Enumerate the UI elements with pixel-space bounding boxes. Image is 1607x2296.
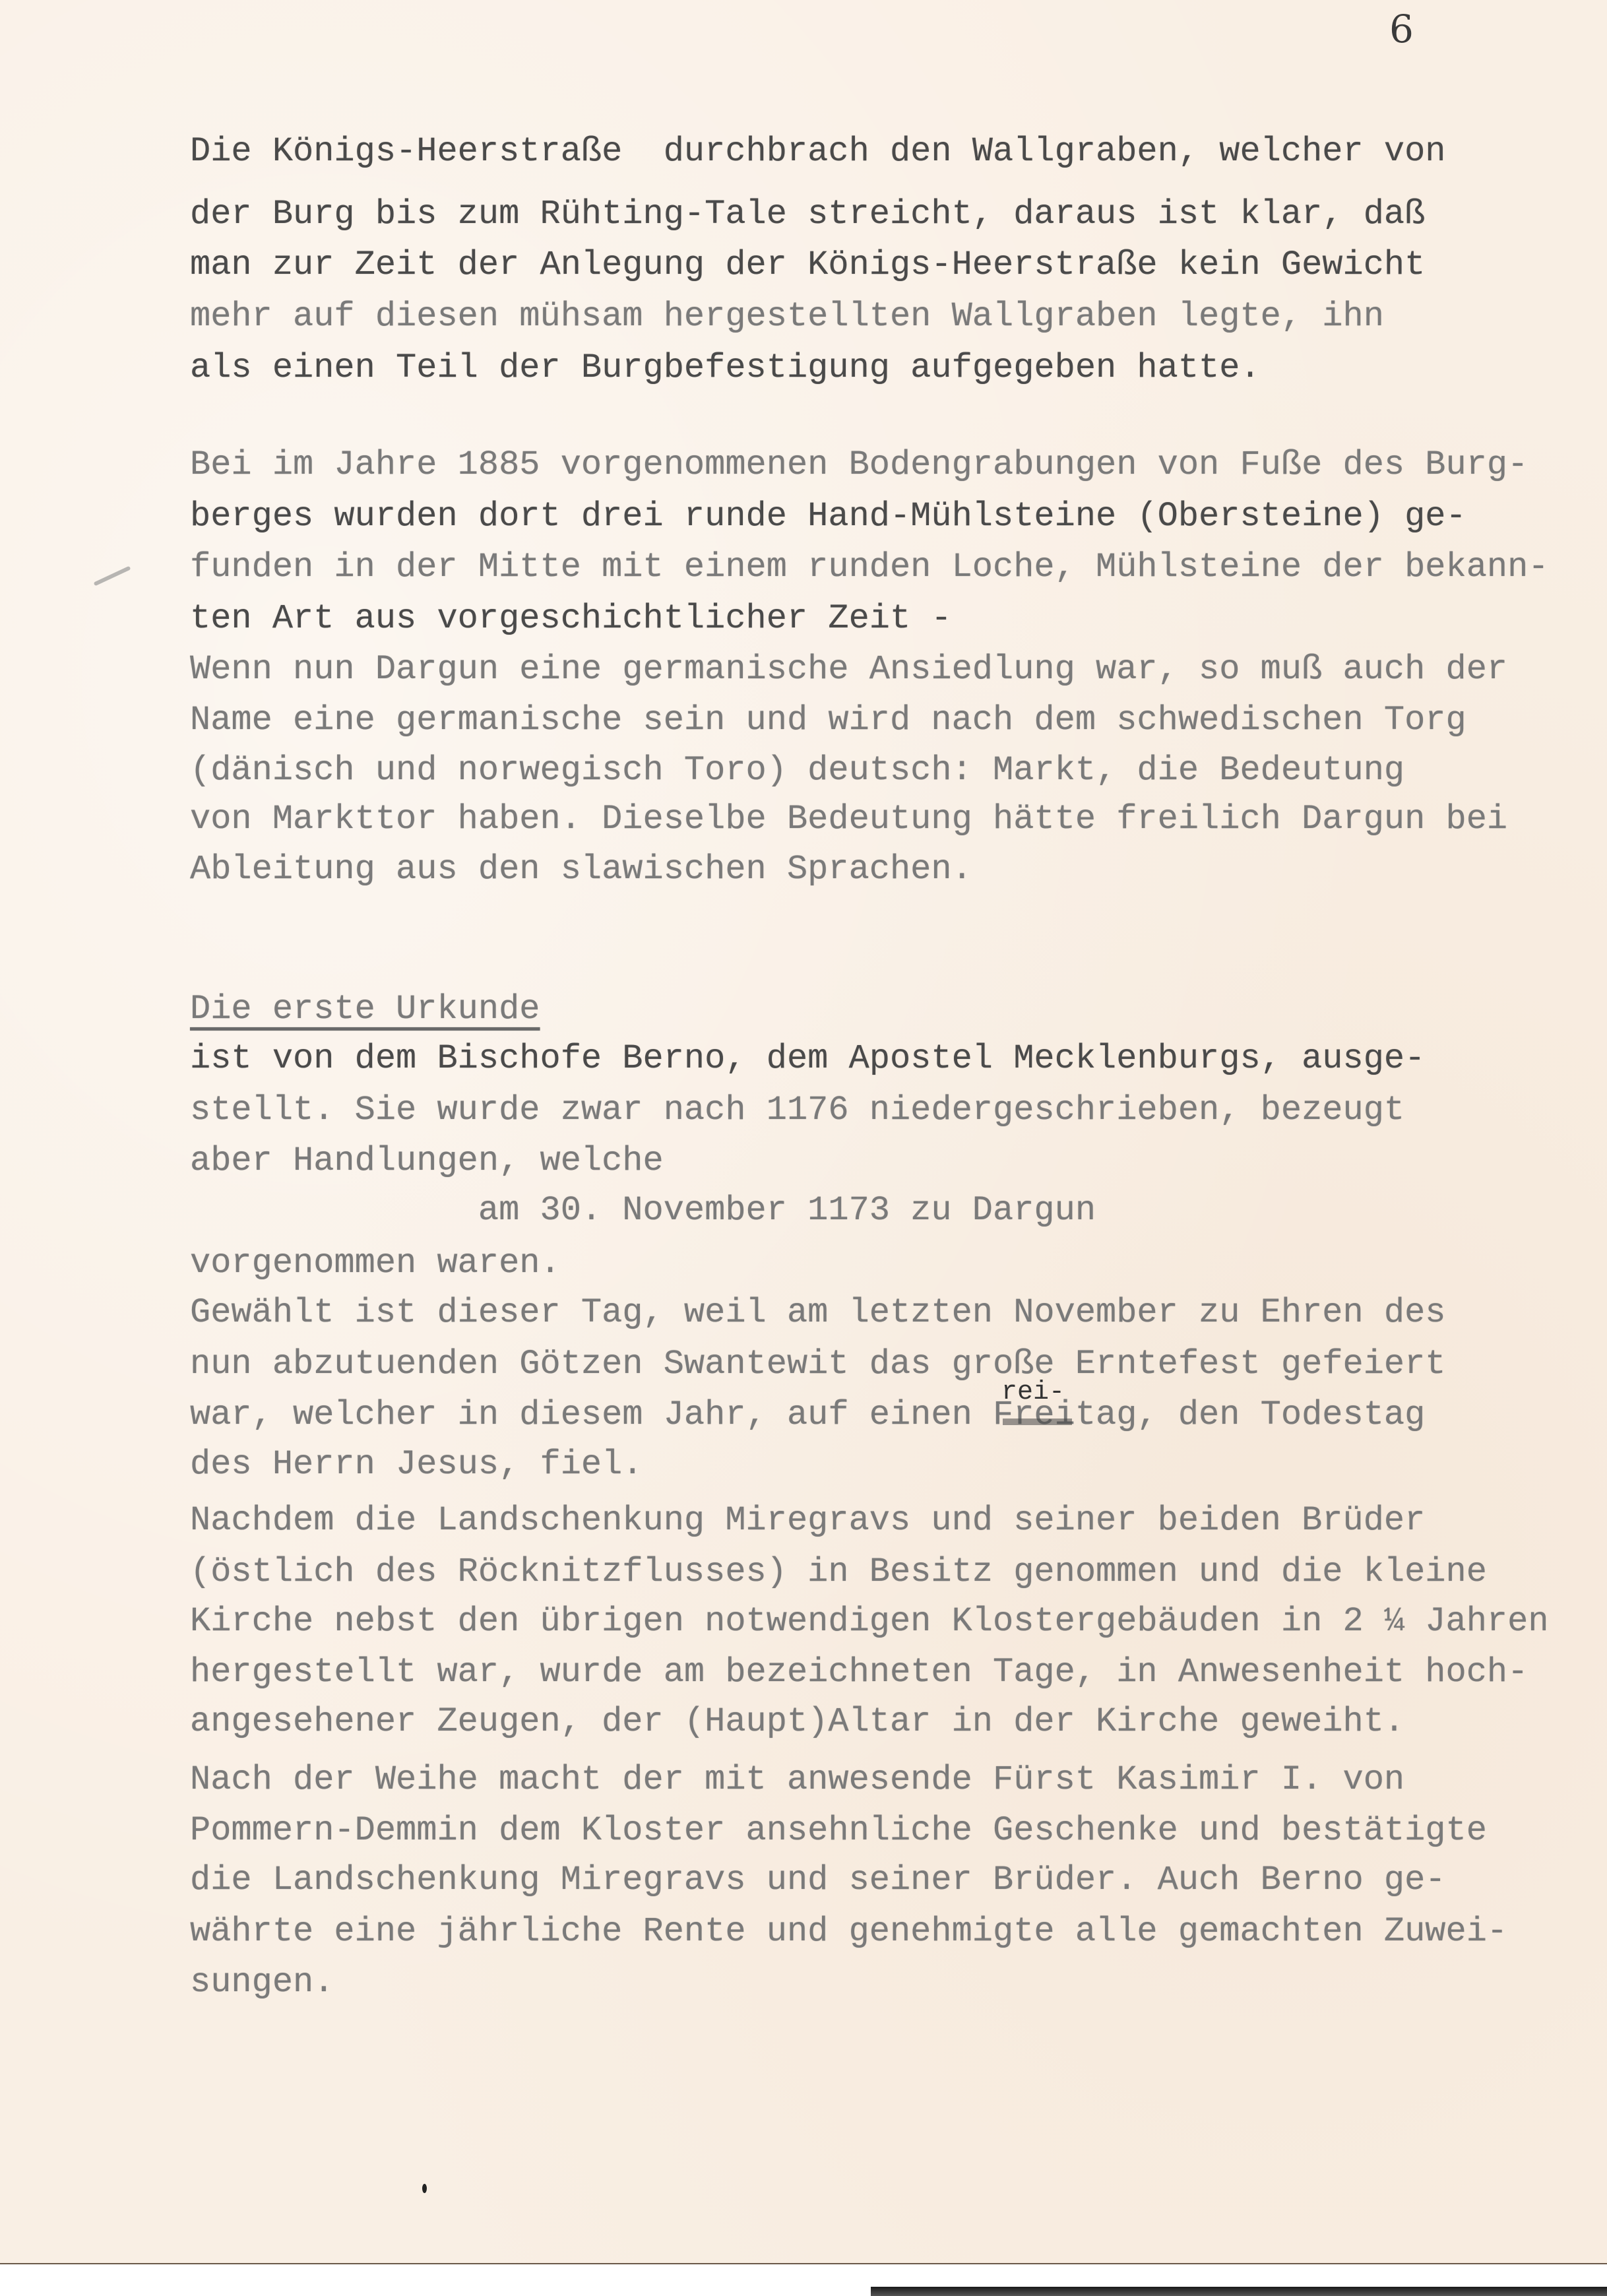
text-line: (östlich des Röcknitzflusses) in Besitz … — [190, 1552, 1487, 1592]
text-line: funden in der Mitte mit einem runden Loc… — [190, 548, 1549, 587]
text-line: am 30. November 1173 zu Dargun — [190, 1191, 1096, 1230]
text-line: Pommern-Demmin dem Kloster ansehnliche G… — [190, 1811, 1487, 1851]
text-line: Nach der Weihe macht der mit anwesende F… — [190, 1760, 1404, 1800]
text-line: nun abzutuenden Götzen Swantewit das gro… — [190, 1345, 1446, 1384]
ink-dot — [422, 2184, 427, 2193]
text-line: Nachdem die Landschenkung Miregravs und … — [190, 1501, 1425, 1541]
text-line: Name eine germanische sein und wird nach… — [190, 701, 1466, 740]
text-line: Kirche nebst den übrigen notwendigen Klo… — [190, 1602, 1549, 1642]
section-heading: Die erste Urkunde — [190, 990, 540, 1029]
text-line: die Landschenkung Miregravs und seiner B… — [190, 1861, 1446, 1900]
text-line: Die Königs-Heerstraße durchbrach den Wal… — [190, 132, 1446, 172]
text-line: berges wurden dort drei runde Hand-Mühls… — [190, 497, 1466, 536]
text-line: stellt. Sie wurde zwar nach 1176 niederg… — [190, 1091, 1404, 1130]
correction-insert: rei- — [1001, 1378, 1065, 1407]
text-line: des Herrn Jesus, fiel. — [190, 1445, 643, 1484]
text-line: mehr auf diesen mühsam hergestellten Wal… — [190, 297, 1384, 336]
text-line: währte eine jährliche Rente und genehmig… — [190, 1912, 1507, 1952]
text-line: war, welcher in diesem Jahr, auf einen F… — [190, 1395, 1425, 1435]
text-line: als einen Teil der Burgbefestigung aufge… — [190, 348, 1261, 388]
scan-edge-shadow — [871, 2287, 1607, 2296]
text-line: vorgenommen waren. — [190, 1244, 561, 1283]
text-line: ist von dem Bischofe Berno, dem Apostel … — [190, 1039, 1425, 1079]
text-line: Wenn nun Dargun eine germanische Ansiedl… — [190, 650, 1507, 689]
text-line: Gewählt ist dieser Tag, weil am letzten … — [190, 1293, 1446, 1333]
text-line: sungen. — [190, 1963, 334, 2002]
typewritten-page: 6 Die Königs-Heerstraße durchbrach den W… — [0, 0, 1607, 2264]
text-line: hergestellt war, wurde am bezeichneten T… — [190, 1653, 1528, 1692]
text-line: der Burg bis zum Rühting-Tale streicht, … — [190, 195, 1425, 234]
text-line: ten Art aus vorgeschichtlicher Zeit - — [190, 599, 952, 639]
text-line: angesehener Zeugen, der (Haupt)Altar in … — [190, 1702, 1404, 1742]
text-line: Ableitung aus den slawischen Sprachen. — [190, 850, 972, 889]
text-line: Bei im Jahre 1885 vorgenommenen Bodengra… — [190, 445, 1528, 485]
text-line: (dänisch und norwegisch Toro) deutsch: M… — [190, 751, 1404, 790]
text-line: von Markttor haben. Dieselbe Bedeutung h… — [190, 800, 1507, 839]
page-number: 6 — [1389, 7, 1414, 51]
overstrike-mark — [1003, 1419, 1072, 1425]
text-line: man zur Zeit der Anlegung der Königs-Hee… — [190, 245, 1425, 285]
text-line: aber Handlungen, welche — [190, 1141, 664, 1181]
margin-smudge — [94, 566, 131, 587]
